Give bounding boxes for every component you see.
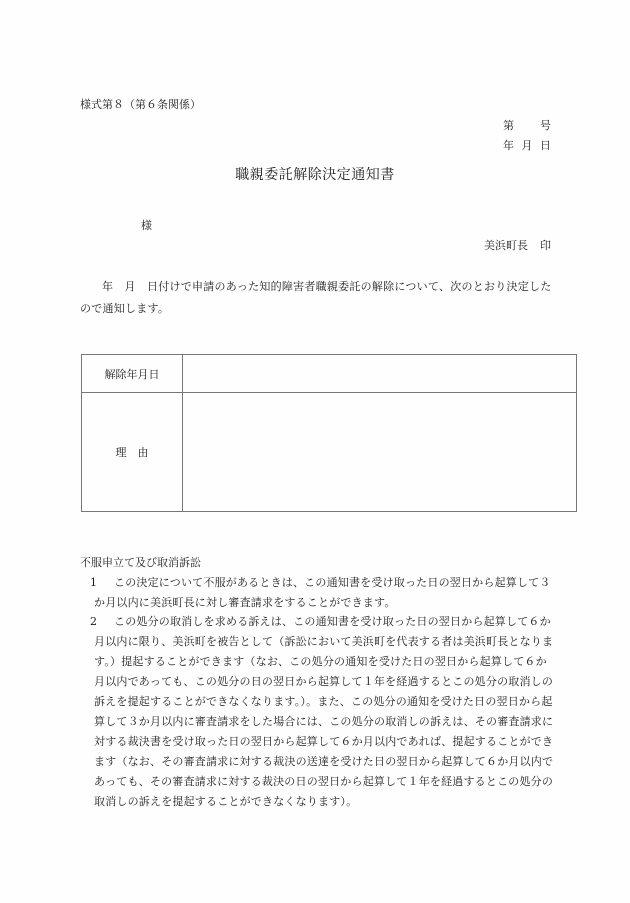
appeal-item-1: 1この決定について不服があるときは、この通知書を受け取った日の翌日から起算して３… — [80, 573, 556, 613]
appeal-item-text: この処分の取消しを求める訴えは、この通知書を受け取った日の翌日から起算して６か月… — [94, 615, 553, 808]
date-year: 年 — [503, 137, 514, 153]
form-number: 様式第８（第６条関係） — [80, 96, 201, 112]
issuer: 美浜町長印 — [484, 237, 551, 253]
cancel-date-value — [183, 355, 577, 393]
seal-mark: 印 — [540, 239, 551, 252]
appeal-item-number: 2 — [90, 612, 114, 632]
appeal-item-number: 1 — [90, 573, 114, 593]
reason-value — [183, 393, 577, 512]
appeal-item-text: この決定について不服があるときは、この通知書を受け取った日の翌日から起算して３か… — [94, 576, 551, 609]
appeal-item-2: 2この処分の取消しを求める訴えは、この通知書を受け取った日の翌日から起算して６か… — [80, 612, 556, 812]
table-row-cancel-date: 解除年月日 — [82, 355, 577, 393]
addressee-honorific: 様 — [141, 217, 152, 233]
ref-prefix: 第 — [503, 117, 514, 133]
ref-suffix: 号 — [540, 117, 551, 133]
decision-table: 解除年月日 理 由 — [81, 354, 577, 512]
appeal-heading: 不服申立て及び取消訴訟 — [80, 554, 201, 570]
reason-label: 理 由 — [82, 393, 183, 512]
issuer-name: 美浜町長 — [484, 239, 528, 252]
cancel-date-label: 解除年月日 — [82, 355, 183, 393]
date-month: 月 — [522, 137, 533, 153]
notice-body: 年 月 日付けで申請のあった知的障害者職親委託の解除について、次のとおり決定した… — [80, 276, 552, 320]
issue-date: 年 月 日 — [503, 137, 551, 153]
table-row-reason: 理 由 — [82, 393, 577, 512]
reference-number: 第 号 — [503, 117, 551, 133]
document-title: 職親委託解除決定通知書 — [0, 164, 630, 184]
date-day: 日 — [540, 137, 551, 153]
